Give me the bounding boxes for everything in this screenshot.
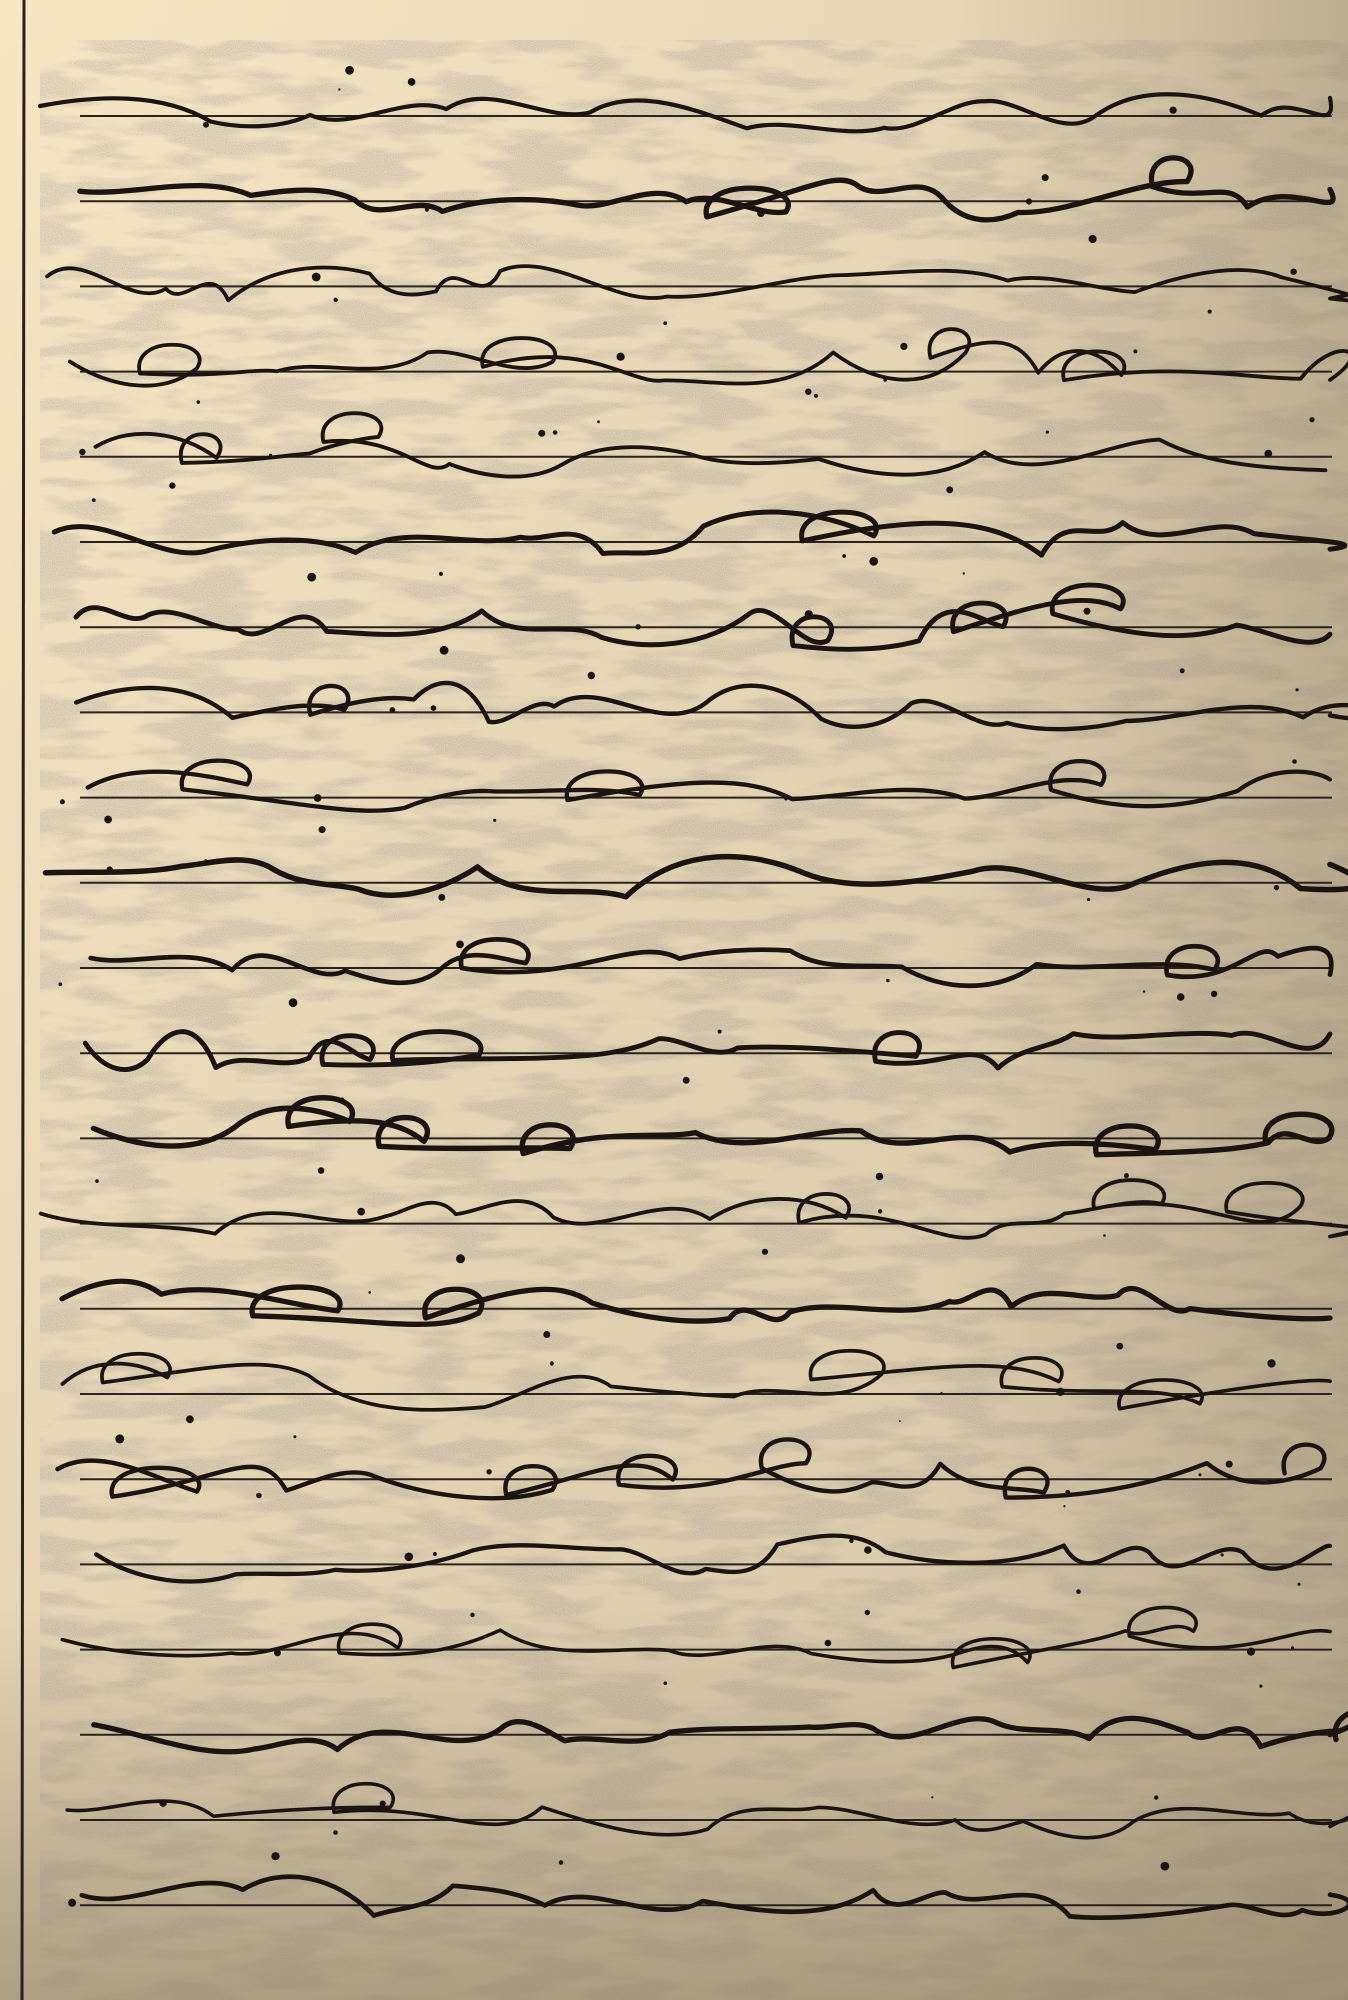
asemic-scribble-artwork — [0, 0, 1348, 2000]
margin-line — [22, 0, 24, 2000]
artwork-canvas — [0, 0, 1348, 2000]
